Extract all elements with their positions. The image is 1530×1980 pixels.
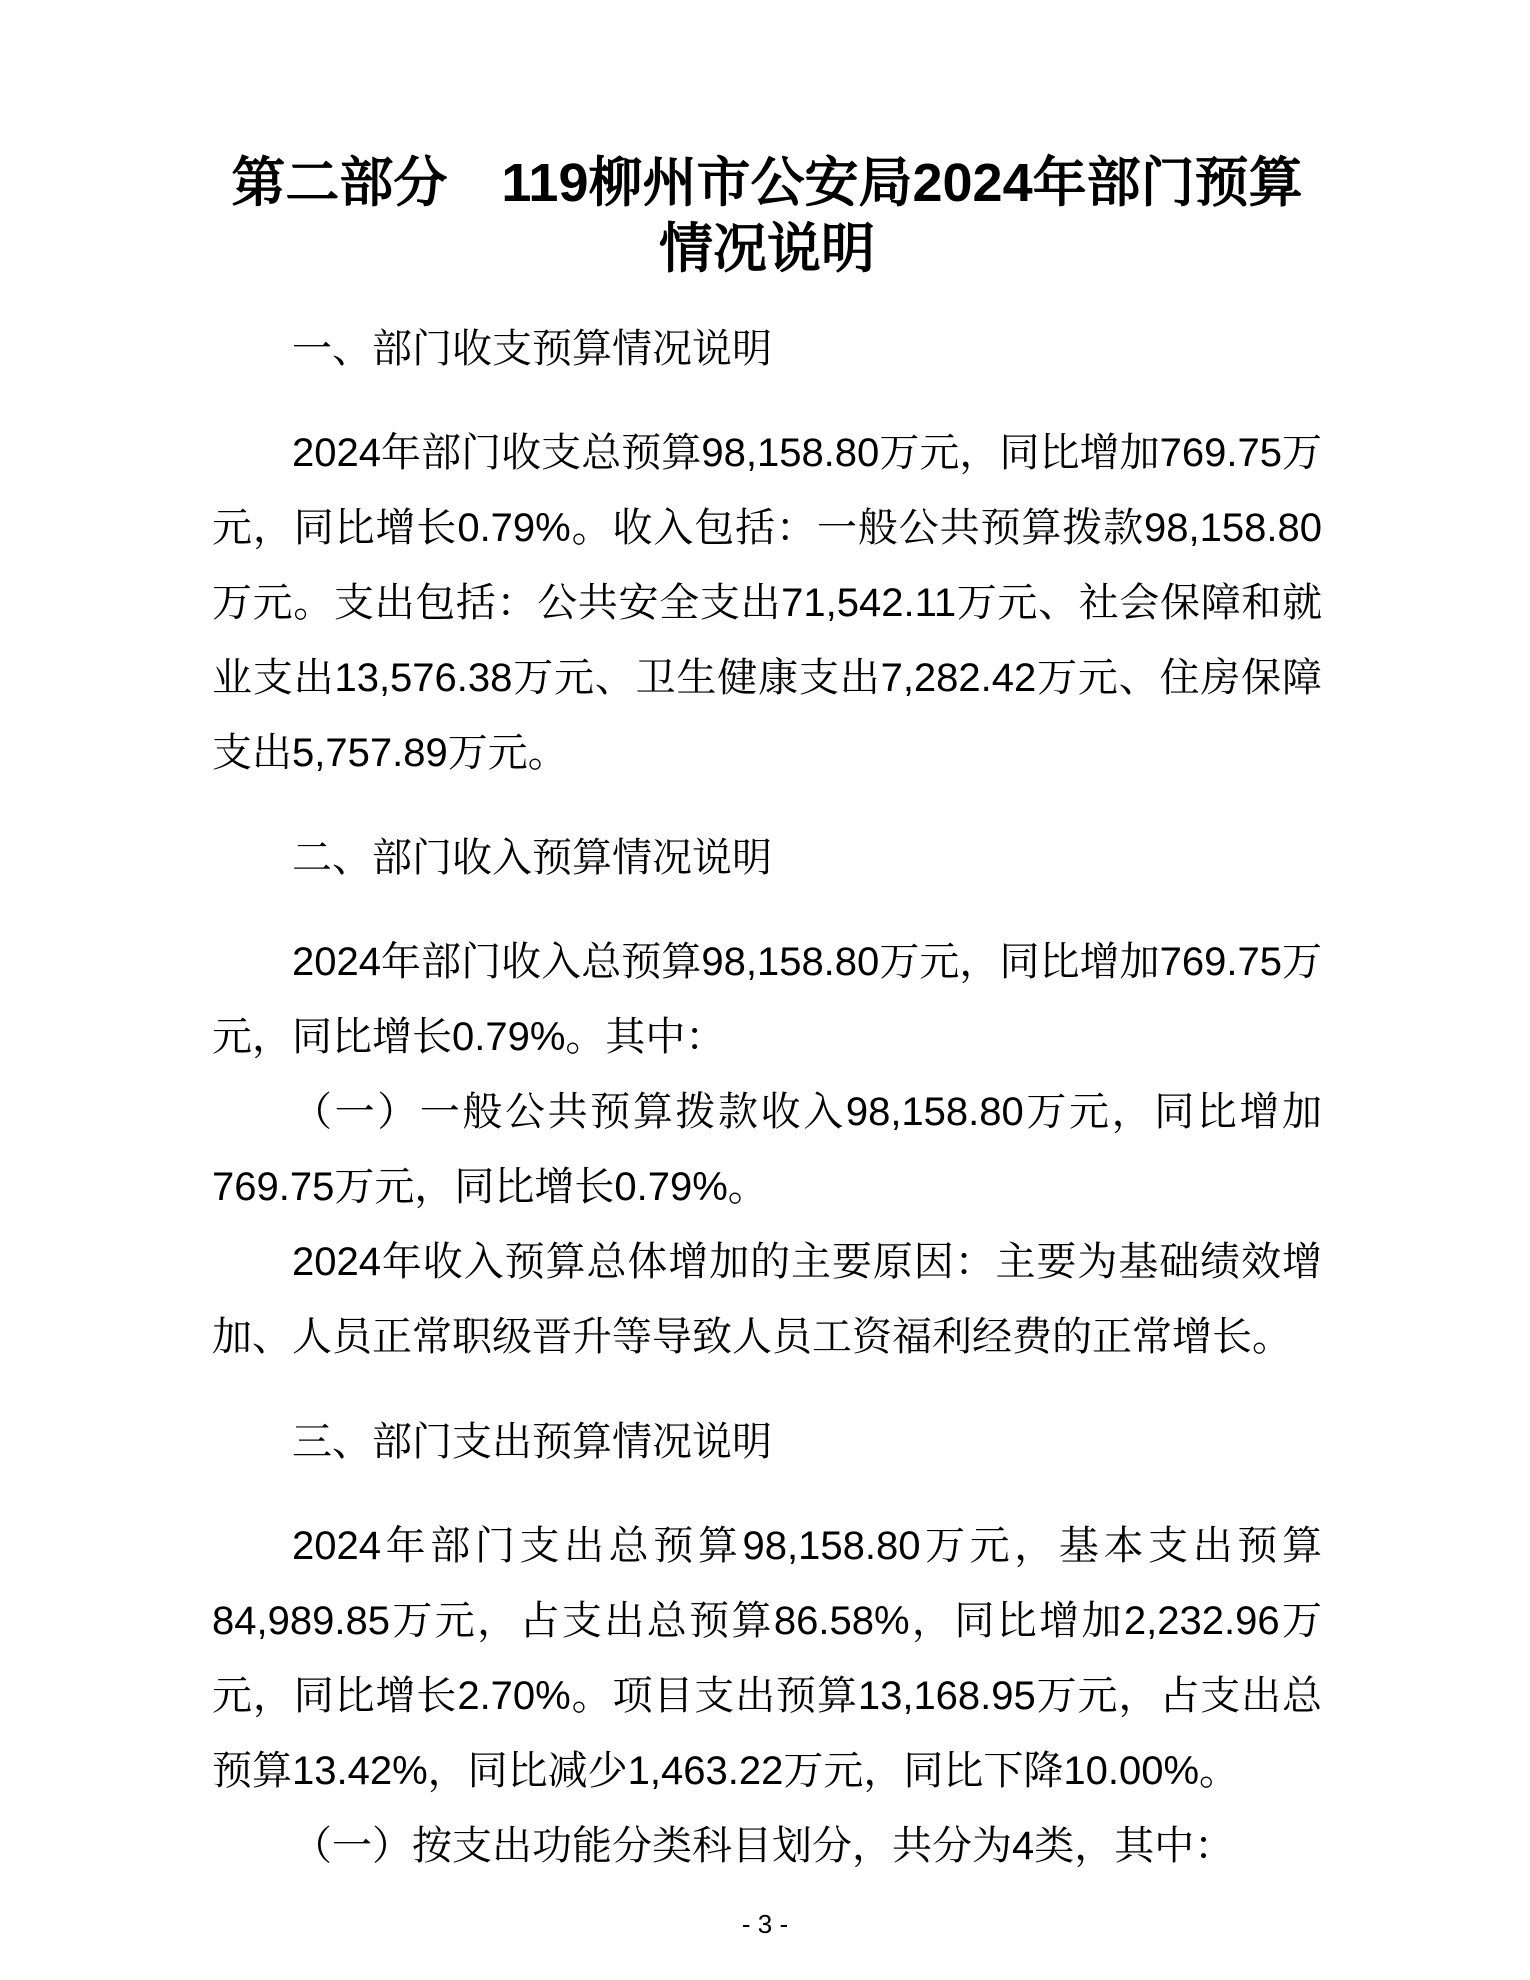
document-title-line-2: 情况说明: [212, 216, 1322, 282]
page-number: - 3 -: [0, 1908, 1530, 1940]
paragraph-income-increase-reason: 2024年收入预算总体增加的主要原因：主要为基础绩效增加、人员正常职级晋升等导致…: [212, 1225, 1322, 1375]
paragraph-income-general-public-budget: （一）一般公共预算拨款收入98,158.80万元，同比增加769.75万元，同比…: [212, 1075, 1322, 1225]
document-title: 第二部分 119柳州市公安局2024年部门预算 情况说明: [212, 150, 1322, 282]
document-title-line-1: 第二部分 119柳州市公安局2024年部门预算: [212, 150, 1322, 216]
section-heading-3: 三、部门支出预算情况说明: [212, 1405, 1322, 1480]
paragraph-total-budget-overview: 2024年部门收支总预算98,158.80万元，同比增加769.75万元，同比增…: [212, 416, 1322, 791]
paragraph-expenditure-total: 2024年部门支出总预算98,158.80万元，基本支出预算84,989.85万…: [212, 1509, 1322, 1809]
paragraph-income-total: 2024年部门收入总预算98,158.80万元，同比增加769.75万元，同比增…: [212, 925, 1322, 1075]
section-revenue-expenditure-overview: 一、部门收支预算情况说明 2024年部门收支总预算98,158.80万元，同比增…: [212, 312, 1322, 791]
section-expenditure-budget: 三、部门支出预算情况说明 2024年部门支出总预算98,158.80万元，基本支…: [212, 1405, 1322, 1884]
section-heading-1: 一、部门收支预算情况说明: [212, 312, 1322, 387]
section-income-budget: 二、部门收入预算情况说明 2024年部门收入总预算98,158.80万元，同比增…: [212, 821, 1322, 1375]
section-heading-2: 二、部门收入预算情况说明: [212, 821, 1322, 896]
paragraph-expenditure-classification: （一）按支出功能分类科目划分，共分为4类，其中：: [212, 1809, 1322, 1884]
document-page: 第二部分 119柳州市公安局2024年部门预算 情况说明 一、部门收支预算情况说…: [0, 0, 1530, 1980]
